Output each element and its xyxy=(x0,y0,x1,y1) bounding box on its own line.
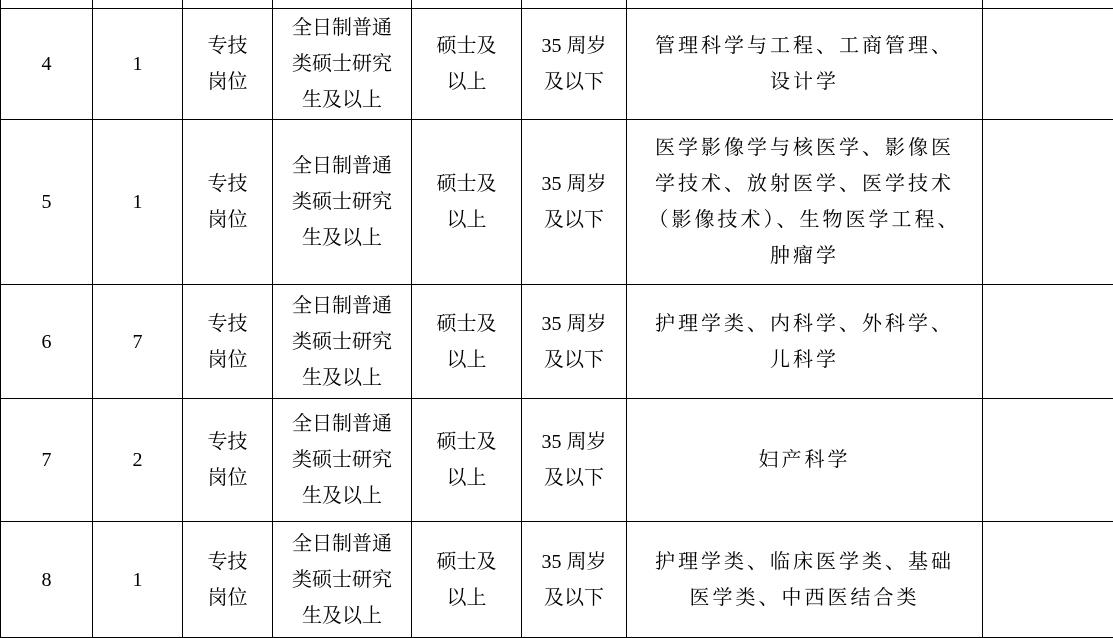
partial-cell xyxy=(183,0,273,9)
education-cell: 全日制普通 类硕士研究 生及以上 xyxy=(273,285,412,399)
degree-cell: 硕士及 以上 xyxy=(412,285,522,399)
count-cell: 1 xyxy=(93,9,183,120)
document-page: 4 1 专技 岗位 全日制普通 类硕士研究 生及以上 硕士及 以上 35 周岁 … xyxy=(0,0,1113,638)
education-cell: 全日制普通 类硕士研究 生及以上 xyxy=(273,399,412,522)
majors-cell: 护理学类、内科学、外科学、 儿科学 xyxy=(627,285,983,399)
degree-cell: 硕士及 以上 xyxy=(412,120,522,285)
partial-cell xyxy=(273,0,412,9)
seq-cell: 7 xyxy=(1,399,93,522)
table-row: 7 2 专技 岗位 全日制普通 类硕士研究 生及以上 硕士及 以上 35 周岁 … xyxy=(1,399,1113,522)
post-type-cell: 专技 岗位 xyxy=(183,9,273,120)
post-type-cell: 专技 岗位 xyxy=(183,399,273,522)
count-cell: 1 xyxy=(93,120,183,285)
post-type-cell: 专技 岗位 xyxy=(183,120,273,285)
majors-cell: 管理科学与工程、工商管理、 设计学 xyxy=(627,9,983,120)
partial-cell xyxy=(627,0,983,9)
post-type-cell: 专技 岗位 xyxy=(183,522,273,638)
seq-cell: 5 xyxy=(1,120,93,285)
degree-cell: 硕士及 以上 xyxy=(412,399,522,522)
seq-cell: 4 xyxy=(1,9,93,120)
age-cell: 35 周岁 及以下 xyxy=(522,9,627,120)
table-row: 8 1 专技 岗位 全日制普通 类硕士研究 生及以上 硕士及 以上 35 周岁 … xyxy=(1,522,1113,638)
majors-cell: 护理学类、临床医学类、基础 医学类、中西医结合类 xyxy=(627,522,983,638)
count-cell: 2 xyxy=(93,399,183,522)
age-cell: 35 周岁 及以下 xyxy=(522,120,627,285)
count-cell: 7 xyxy=(93,285,183,399)
partial-cell xyxy=(93,0,183,9)
partial-row-top xyxy=(1,0,1113,9)
seq-cell: 6 xyxy=(1,285,93,399)
education-cell: 全日制普通 类硕士研究 生及以上 xyxy=(273,120,412,285)
note-cell xyxy=(983,285,1113,399)
count-cell: 1 xyxy=(93,522,183,638)
note-cell xyxy=(983,120,1113,285)
age-cell: 35 周岁 及以下 xyxy=(522,399,627,522)
partial-cell xyxy=(1,0,93,9)
majors-cell: 医学影像学与核医学、影像医 学技术、放射医学、医学技术 （影像技术）、生物医学工… xyxy=(627,120,983,285)
table-row: 4 1 专技 岗位 全日制普通 类硕士研究 生及以上 硕士及 以上 35 周岁 … xyxy=(1,9,1113,120)
degree-cell: 硕士及 以上 xyxy=(412,9,522,120)
partial-cell xyxy=(983,0,1113,9)
partial-cell xyxy=(412,0,522,9)
post-type-cell: 专技 岗位 xyxy=(183,285,273,399)
recruitment-table: 4 1 专技 岗位 全日制普通 类硕士研究 生及以上 硕士及 以上 35 周岁 … xyxy=(0,0,1113,638)
note-cell xyxy=(983,399,1113,522)
table-row: 6 7 专技 岗位 全日制普通 类硕士研究 生及以上 硕士及 以上 35 周岁 … xyxy=(1,285,1113,399)
note-cell xyxy=(983,522,1113,638)
education-cell: 全日制普通 类硕士研究 生及以上 xyxy=(273,9,412,120)
age-cell: 35 周岁 及以下 xyxy=(522,285,627,399)
majors-cell: 妇产科学 xyxy=(627,399,983,522)
seq-cell: 8 xyxy=(1,522,93,638)
degree-cell: 硕士及 以上 xyxy=(412,522,522,638)
education-cell: 全日制普通 类硕士研究 生及以上 xyxy=(273,522,412,638)
note-cell xyxy=(983,9,1113,120)
age-cell: 35 周岁 及以下 xyxy=(522,522,627,638)
table-row: 5 1 专技 岗位 全日制普通 类硕士研究 生及以上 硕士及 以上 35 周岁 … xyxy=(1,120,1113,285)
partial-cell xyxy=(522,0,627,9)
